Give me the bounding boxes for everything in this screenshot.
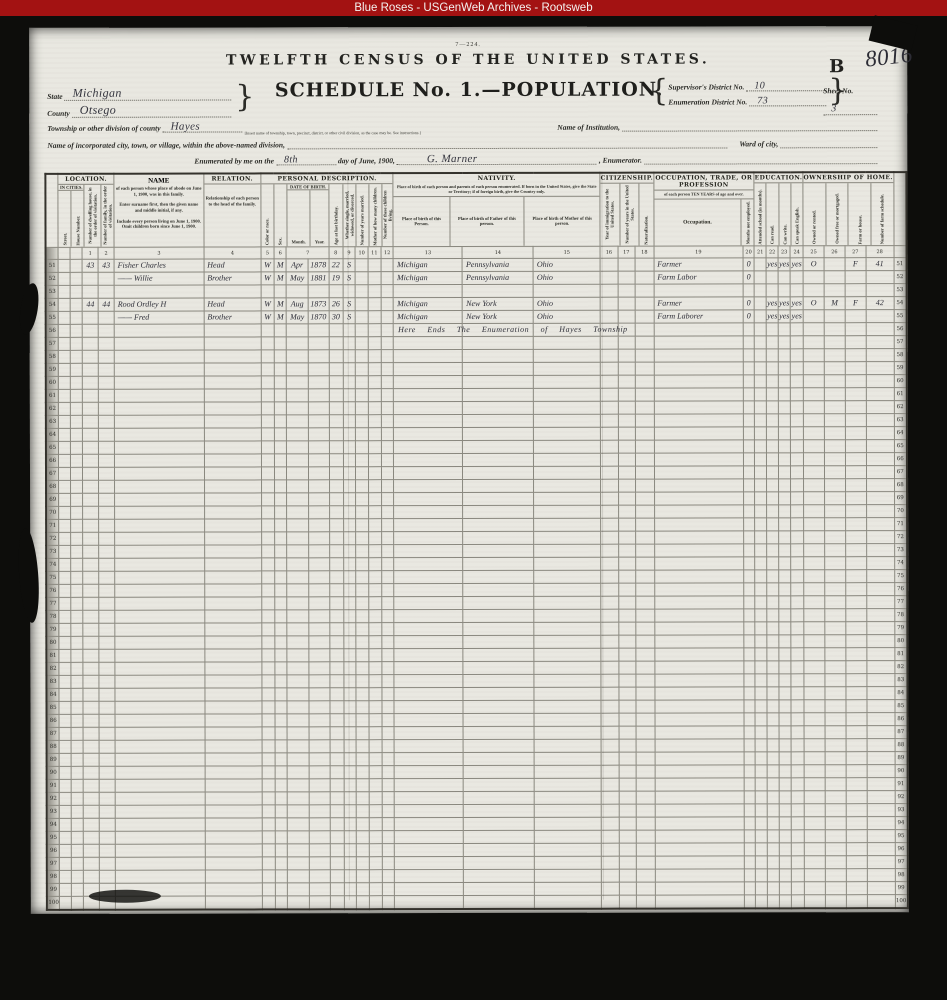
cell-years-in-us <box>619 791 636 804</box>
cell-farm-schedule <box>866 583 894 596</box>
district-block: { Supervisor's District No. 10 Enumerati… <box>649 76 847 106</box>
cell-name <box>115 532 205 545</box>
cell-pob <box>394 402 463 415</box>
cell-can-read <box>767 765 779 778</box>
cell-can-speak <box>791 479 804 492</box>
cell-color <box>262 545 275 558</box>
cell-years-in-us <box>618 466 635 479</box>
cell-months-not-employed <box>744 544 755 557</box>
cell-can-read <box>767 648 779 661</box>
cell-house <box>71 584 83 597</box>
column-number: 6 <box>274 247 287 259</box>
cell-farm <box>846 700 867 713</box>
cell-year <box>308 506 329 519</box>
col-dwelling-number: Number of dwelling house, in the order o… <box>88 185 98 247</box>
cell-color <box>262 714 275 727</box>
cell-years-married <box>356 376 369 389</box>
cell-months-not-employed <box>744 557 755 570</box>
cell-marital <box>343 454 356 467</box>
cell-farm <box>845 271 866 284</box>
cell-house <box>71 376 83 389</box>
col-family-number: Number of family, in the order of visita… <box>102 185 112 247</box>
cell-years-in-us <box>618 440 635 453</box>
cell-occupation <box>655 752 744 765</box>
cell-years-in-us <box>618 661 635 674</box>
cell-pob <box>395 831 464 844</box>
line-number-left: 76 <box>46 584 59 597</box>
cell-pob-father: Pennsylvania <box>463 258 534 271</box>
cell-occupation <box>655 648 744 661</box>
cell-pob-mother <box>534 570 601 583</box>
cell-age <box>329 337 343 350</box>
cell-year <box>308 337 329 350</box>
cell-name <box>115 831 205 844</box>
cell-naturalization <box>636 869 655 882</box>
cell-pob-father <box>463 557 534 570</box>
cell-school <box>755 596 767 609</box>
line-number-left: 83 <box>46 675 59 688</box>
cell-name <box>115 571 205 584</box>
cell-mortgage <box>825 661 846 674</box>
cell-mother-children <box>368 480 381 493</box>
cell-month <box>287 675 308 688</box>
cell-year <box>309 818 330 831</box>
cell-relation <box>204 285 261 298</box>
cell-month <box>287 584 308 597</box>
cell-house <box>72 870 84 883</box>
cell-mother-children <box>369 623 382 636</box>
cell-age <box>330 688 344 701</box>
column-number: 19 <box>654 246 743 258</box>
cell-pob-father <box>463 427 534 440</box>
cell-naturalization <box>635 323 654 336</box>
cell-year <box>308 610 329 623</box>
cell-year <box>309 792 330 805</box>
cell-owned <box>803 336 824 349</box>
cell-farm <box>846 791 867 804</box>
cell-pob-father <box>463 570 534 583</box>
cell-years-married <box>356 519 369 532</box>
cell-relation <box>205 844 262 857</box>
census-sheet: 7—224. TWELFTH CENSUS OF THE UNITED STAT… <box>29 26 909 914</box>
cell-street <box>60 844 72 857</box>
line-number-right: 82 <box>894 661 907 674</box>
line-number-left: 52 <box>46 272 59 285</box>
col-pob-father: Place of birth of Father of this person. <box>450 215 524 228</box>
cell-pob-mother <box>534 557 601 570</box>
cell-year <box>308 441 329 454</box>
cell-naturalization <box>636 765 655 778</box>
cell-age <box>329 402 343 415</box>
cell-street <box>59 636 71 649</box>
cell-pob <box>394 519 463 532</box>
cell-street <box>58 259 70 272</box>
cell-mortgage <box>825 830 846 843</box>
cell-mother-children <box>369 896 382 910</box>
cell-pob <box>395 818 464 831</box>
cell-naturalization <box>636 648 655 661</box>
cell-sex <box>275 662 288 675</box>
cell-marital <box>344 883 357 896</box>
cell-farm <box>845 401 866 414</box>
cell-mother-children <box>368 324 381 337</box>
cell-farm-schedule <box>866 284 894 297</box>
line-number-left: 61 <box>46 389 59 402</box>
population-table: LOCATION. IN CITIES. Street. House Numbe… <box>44 171 909 911</box>
cell-children-living <box>381 467 394 480</box>
cell-family <box>99 467 115 480</box>
cell-occupation: Farmer <box>654 258 743 271</box>
cell-family <box>99 727 115 740</box>
cell-years-in-us <box>618 544 635 557</box>
cell-occupation <box>654 349 743 362</box>
cell-naturalization <box>636 726 655 739</box>
cell-house <box>70 272 82 285</box>
cell-pob-father <box>463 375 534 388</box>
cell-farm <box>845 544 866 557</box>
cell-occupation <box>654 518 743 531</box>
cell-pob-mother <box>534 622 601 635</box>
cell-pob-mother: Ohio <box>533 271 600 284</box>
cell-years-married <box>356 584 369 597</box>
cell-pob-father: New York <box>463 310 534 323</box>
column-number: 20 <box>743 246 754 258</box>
cell-year <box>308 324 329 337</box>
line-number-left: 59 <box>46 363 59 376</box>
col-years-married: Number of years married. <box>360 194 365 246</box>
cell-years-married <box>356 532 369 545</box>
col-farm-schedule-number: Number of farm schedule. <box>880 193 885 245</box>
cell-can-read <box>767 544 779 557</box>
cell-can-speak <box>790 362 803 375</box>
column-number: 27 <box>845 246 866 258</box>
cell-mortgage <box>825 687 846 700</box>
cell-name <box>115 441 205 454</box>
cell-name <box>115 792 205 805</box>
cell-house <box>70 337 82 350</box>
cell-can-write <box>779 583 791 596</box>
cell-can-speak <box>790 271 803 284</box>
cell-can-speak <box>791 700 804 713</box>
cell-name <box>115 636 205 649</box>
cell-marital <box>344 831 357 844</box>
cell-dwelling <box>82 337 98 350</box>
cell-mother-children <box>369 597 382 610</box>
cell-months-not-employed <box>743 336 754 349</box>
cell-years-in-us <box>618 453 635 466</box>
cell-pob-father <box>463 518 534 531</box>
cell-farm <box>845 453 866 466</box>
cell-sex <box>275 584 288 597</box>
cell-immigration-year <box>601 830 618 843</box>
cell-occupation <box>655 895 744 909</box>
column-number <box>58 247 70 259</box>
col-can-speak-english: Can speak English. <box>794 206 799 245</box>
cell-can-speak <box>791 791 804 804</box>
cell-pob-mother <box>534 661 601 674</box>
cell-occupation <box>655 830 744 843</box>
cell-children-living <box>381 298 394 311</box>
cell-sex <box>274 545 287 558</box>
cell-dwelling <box>83 675 99 688</box>
cell-pob <box>394 571 463 584</box>
cell-children-living <box>381 389 394 402</box>
cell-color <box>262 831 275 844</box>
cell-years-married <box>357 883 370 896</box>
cell-pob <box>395 805 464 818</box>
cell-house <box>70 259 82 272</box>
cell-sex <box>275 792 288 805</box>
cell-years-married <box>356 558 369 571</box>
cell-month: May <box>287 311 308 324</box>
cell-name <box>114 376 204 389</box>
torn-edge-spot <box>16 527 42 623</box>
cell-street <box>59 727 71 740</box>
cell-sex <box>274 519 287 532</box>
cell-pob-father <box>463 596 534 609</box>
cell-farm-schedule <box>867 635 895 648</box>
cell-can-write <box>779 791 791 804</box>
cell-farm <box>845 375 866 388</box>
line-number-left: 51 <box>46 259 59 272</box>
line-number-right: 78 <box>894 609 907 622</box>
cell-children-living <box>382 636 395 649</box>
cell-years-married <box>356 350 369 363</box>
cell-months-not-employed <box>743 518 754 531</box>
citizenship-title: CITIZENSHIP. <box>601 174 654 184</box>
cell-family <box>99 870 115 883</box>
cell-dwelling <box>83 467 99 480</box>
cell-can-read <box>767 570 779 583</box>
line-number-right: 66 <box>894 453 907 466</box>
cell-color <box>262 493 275 506</box>
cell-pob <box>394 740 463 753</box>
cell-house <box>72 883 84 896</box>
cell-children-living <box>381 532 394 545</box>
line-number-left: 75 <box>46 571 59 584</box>
line-number-right: 51 <box>894 258 907 271</box>
cell-dwelling <box>83 662 99 675</box>
cell-owned <box>804 479 825 492</box>
line-number-right: 79 <box>894 622 907 635</box>
cell-dwelling <box>83 636 99 649</box>
cell-age <box>330 896 344 910</box>
cell-relation <box>205 714 262 727</box>
cell-can-write <box>778 271 790 284</box>
cell-month <box>288 792 309 805</box>
cell-name <box>114 285 204 298</box>
cell-name <box>114 389 204 402</box>
line-number-left: 62 <box>46 402 59 415</box>
cell-owned <box>804 544 825 557</box>
cell-naturalization <box>636 661 655 674</box>
cell-farm <box>845 466 866 479</box>
cell-pob <box>394 545 463 558</box>
cell-can-speak <box>791 843 804 856</box>
cell-color <box>262 844 275 857</box>
cell-occupation <box>654 505 743 518</box>
cell-pob <box>394 454 463 467</box>
cell-school <box>755 583 767 596</box>
cell-naturalization <box>636 609 655 622</box>
cell-pob-mother <box>535 856 602 869</box>
cell-owned <box>804 492 825 505</box>
cell-immigration-year <box>602 856 619 869</box>
cell-can-read <box>767 752 779 765</box>
cell-pob-mother <box>535 830 602 843</box>
cell-year <box>308 415 329 428</box>
cell-farm-schedule: 41 <box>866 258 894 271</box>
cell-farm-schedule <box>866 323 894 336</box>
cell-immigration-year <box>601 609 618 622</box>
cell-name <box>115 675 205 688</box>
cell-family <box>99 506 115 519</box>
cell-house <box>71 519 83 532</box>
line-number-right: 83 <box>894 674 907 687</box>
line-number-left: 70 <box>46 506 59 519</box>
cell-can-speak <box>791 440 804 453</box>
cell-marital: S <box>343 298 356 311</box>
cell-year <box>309 870 330 883</box>
cell-can-write <box>779 856 791 869</box>
cell-can-write <box>778 284 790 297</box>
column-number: 4 <box>204 247 261 259</box>
cell-age <box>330 636 344 649</box>
cell-name <box>115 506 205 519</box>
cell-pob <box>394 337 463 350</box>
cell-color: W <box>261 259 274 272</box>
cell-can-write <box>779 648 791 661</box>
line-number-left: 71 <box>46 519 59 532</box>
cell-dwelling <box>83 389 99 402</box>
cell-years-in-us <box>619 869 636 882</box>
cell-marital <box>343 389 356 402</box>
cell-can-read <box>767 531 779 544</box>
cell-can-read <box>767 869 779 882</box>
cell-mortgage <box>824 362 845 375</box>
cell-house <box>71 727 83 740</box>
cell-occupation <box>654 492 743 505</box>
cell-years-in-us <box>618 375 635 388</box>
cell-house <box>71 675 83 688</box>
cell-relation <box>204 389 261 402</box>
cell-school <box>755 843 767 856</box>
cell-farm-schedule <box>866 531 894 544</box>
cell-farm-schedule <box>866 557 894 570</box>
cell-mortgage <box>825 713 846 726</box>
cell-pob <box>394 532 463 545</box>
cell-relation <box>204 480 261 493</box>
cell-naturalization <box>635 349 654 362</box>
supervisors-district-value: 10 <box>754 80 765 91</box>
cell-months-not-employed <box>743 466 754 479</box>
cell-mother-children <box>369 662 382 675</box>
cell-can-speak <box>790 401 803 414</box>
cell-years-in-us <box>619 726 636 739</box>
cell-street <box>59 766 71 779</box>
cell-marital <box>344 818 357 831</box>
cell-sex <box>274 558 287 571</box>
cell-can-write <box>779 622 791 635</box>
cell-age <box>330 831 344 844</box>
header-group-occupation: OCCUPATION, TRADE, OR PROFESSION of each… <box>654 172 755 246</box>
cell-year <box>309 675 330 688</box>
cell-immigration-year <box>601 765 618 778</box>
township-value: Hayes <box>171 121 201 133</box>
header-row: LOCATION. IN CITIES. Street. House Numbe… <box>45 172 906 247</box>
cell-age <box>329 285 343 298</box>
cell-can-speak <box>791 648 804 661</box>
cell-years-in-us <box>619 895 636 909</box>
cell-house <box>71 415 83 428</box>
cell-can-read <box>767 414 779 427</box>
cell-family <box>99 558 115 571</box>
cell-age <box>329 558 343 571</box>
line-number-right: 59 <box>894 362 907 375</box>
cell-dwelling <box>83 623 99 636</box>
cell-pob-mother <box>534 440 601 453</box>
cell-immigration-year <box>601 700 618 713</box>
line-number-left: 88 <box>47 740 60 753</box>
cell-sex: M <box>274 272 287 285</box>
cell-month <box>287 558 308 571</box>
cell-children-living <box>382 714 395 727</box>
city-line: Name of incorporated city, town, or vill… <box>47 139 729 149</box>
cell-farm-schedule <box>866 609 894 622</box>
cell-pob-mother <box>534 427 601 440</box>
cell-can-speak <box>791 778 804 791</box>
occupation-sub: of each person TEN YEARS of age and over… <box>654 191 753 200</box>
cell-age <box>330 805 344 818</box>
cell-naturalization <box>635 310 654 323</box>
cell-mother-children <box>368 389 381 402</box>
cell-sex <box>274 350 287 363</box>
cell-relation <box>205 662 262 675</box>
cell-can-write <box>779 765 791 778</box>
cell-month <box>288 857 309 870</box>
cell-school <box>755 414 767 427</box>
cell-year <box>309 649 330 662</box>
cell-pob-father <box>463 609 534 622</box>
cell-pob-father <box>463 284 534 297</box>
cell-months-not-employed <box>744 843 755 856</box>
cell-can-speak <box>791 635 804 648</box>
cell-marital <box>344 753 357 766</box>
cell-mortgage: M <box>824 297 845 310</box>
cell-farm-schedule <box>866 492 894 505</box>
cell-name <box>115 727 205 740</box>
line-number-left: 67 <box>46 467 59 480</box>
cell-owned <box>804 557 825 570</box>
cell-sex <box>275 844 288 857</box>
cell-marital <box>343 428 356 441</box>
cell-pob-mother <box>534 739 601 752</box>
cell-name <box>114 324 204 337</box>
cell-mother-children <box>369 545 382 558</box>
cell-can-read <box>767 479 779 492</box>
cell-pob-father <box>463 466 534 479</box>
cell-pob-father <box>463 635 534 648</box>
cell-naturalization <box>636 791 655 804</box>
line-number-right: 96 <box>895 843 908 856</box>
cell-relation <box>205 636 262 649</box>
sheet-number-block: Sheet No. 3 <box>823 80 885 116</box>
cell-owned <box>804 869 825 882</box>
cell-can-write <box>779 453 791 466</box>
cell-marital <box>343 558 356 571</box>
cell-street <box>59 506 71 519</box>
cell-color <box>261 363 274 376</box>
